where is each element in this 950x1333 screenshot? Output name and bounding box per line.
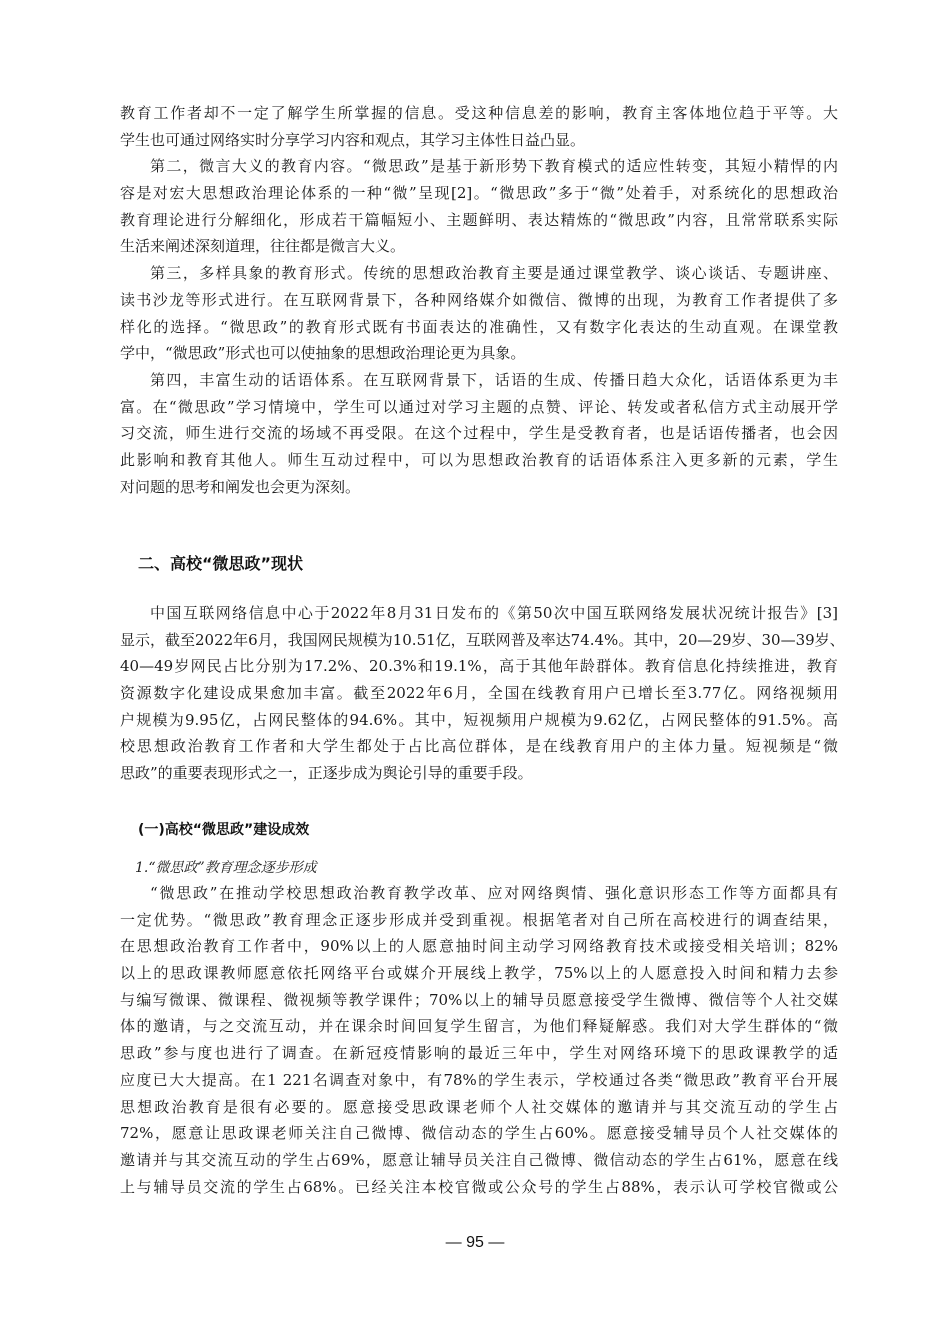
text-line: 富。在“微思政”学习情境中，学生可以通过对学习主题的点赞、评论、转发或者私信方式…: [120, 394, 838, 421]
text-line: 习交流，师生进行交流的场域不再受限。在这个过程中，学生是受教育者，也是话语传播者…: [120, 420, 838, 447]
text-line: 资源数字化建设成果愈加丰富。截至2022年6月，全国在线教育用户已增长至3.77…: [120, 680, 838, 707]
text-line: 学中，“微思政”形式也可以使抽象的思想政治理论更为具象。: [120, 340, 838, 367]
text-line: 思政”的重要表现形式之一，正逐步成为舆论引导的重要手段。: [120, 760, 838, 787]
text-line: 校思想政治教育工作者和大学生都处于占比高位群体，是在线教育用户的主体力量。短视频…: [120, 733, 838, 760]
text-line: 生活来阐述深刻道理，往往都是微言大义。: [120, 233, 838, 260]
body-text-block-1: 教育工作者却不一定了解学生所掌握的信息。受这种信息差的影响，教育主客体地位趋于平…: [120, 100, 838, 500]
text-line: 教育理论进行分解细化，形成若干篇幅短小、主题鲜明、表达精炼的“微思政”内容，且常…: [120, 207, 838, 234]
paragraph-start: 中国互联网络信息中心于2022年8月31日发布的《第50次中国互联网络发展状况统…: [120, 600, 838, 627]
text-line: 容是对宏大思想政治理论体系的一种“微”呈现[2]。“微思政”多于“微”处着手，对…: [120, 180, 838, 207]
text-line: 体的邀请，与之交流互动，并在课余时间回复学生留言，为他们释疑解惑。我们对大学生群…: [120, 1013, 838, 1040]
text-line: 与编写微课、微课程、微视频等教学课件；70%以上的辅导员愿意接受学生微博、微信等…: [120, 987, 838, 1014]
text-line: 对问题的思考和阐发也会更为深刻。: [120, 474, 838, 501]
body-text-block-3: “微思政”在推动学校思想政治教育教学改革、应对网络舆情、强化意识形态工作等方面都…: [120, 880, 838, 1200]
page-number: — 95 —: [0, 1234, 950, 1252]
body-text-block-2: 中国互联网络信息中心于2022年8月31日发布的《第50次中国互联网络发展状况统…: [120, 600, 838, 787]
paragraph-start: 第三，多样具象的教育形式。传统的思想政治教育主要是通过课堂教学、谈心谈话、专题讲…: [120, 260, 838, 287]
text-line: 显示，截至2022年6月，我国网民规模为10.51亿，互联网普及率达74.4%。…: [120, 627, 838, 654]
text-line: 72%，愿意让思政课老师关注自己微博、微信动态的学生占60%。愿意接受辅导员个人…: [120, 1120, 838, 1147]
numbered-heading: 1.“微思政”教育理念逐步形成: [135, 856, 317, 880]
subsection-heading: (一)高校“微思政”建设成效: [138, 818, 309, 842]
text-line: 应度已大大提高。在1 221名调查对象中，有78%的学生表示，学校通过各类“微思…: [120, 1067, 838, 1094]
text-line: 思政”参与度也进行了调查。在新冠疫情影响的最近三年中，学生对网络环境下的思政课教…: [120, 1040, 838, 1067]
text-line: 40—49岁网民占比分别为17.2%、20.3%和19.1%，高于其他年龄群体。…: [120, 653, 838, 680]
text-line: 上与辅导员交流的学生占68%。已经关注本校官微或公众号的学生占88%，表示认可学…: [120, 1174, 838, 1201]
text-line: 样化的选择。“微思政”的教育形式既有书面表达的准确性，又有数字化表达的生动直观。…: [120, 314, 838, 341]
text-line: 以上的思政课教师愿意依托网络平台或媒介开展线上教学，75%以上的人愿意投入时间和…: [120, 960, 838, 987]
text-line: 户规模为9.95亿，占网民整体的94.6%。其中，短视频用户规模为9.62亿，占…: [120, 707, 838, 734]
text-line: 教育工作者却不一定了解学生所掌握的信息。受这种信息差的影响，教育主客体地位趋于平…: [120, 100, 838, 127]
section-heading: 二、高校“微思政”现状: [138, 551, 303, 577]
text-line: 此影响和教育其他人。师生互动过程中，可以为思想政治教育的话语体系注入更多新的元素…: [120, 447, 838, 474]
text-line: 学生也可通过网络实时分享学习内容和观点，其学习主体性日益凸显。: [120, 127, 838, 154]
text-line: 邀请并与其交流互动的学生占69%，愿意让辅导员关注自己微博、微信动态的学生占61…: [120, 1147, 838, 1174]
text-line: 思想政治教育是很有必要的。愿意接受思政课老师个人社交媒体的邀请并与其交流互动的学…: [120, 1094, 838, 1121]
text-line: 一定优势。“微思政”教育理念正逐步形成并受到重视。根据笔者对自己所在高校进行的调…: [120, 907, 838, 934]
text-line: 在思想政治教育工作者中，90%以上的人愿意抽时间主动学习网络教育技术或接受相关培…: [120, 933, 838, 960]
text-line: 读书沙龙等形式进行。在互联网背景下，各种网络媒介如微信、微博的出现，为教育工作者…: [120, 287, 838, 314]
paragraph-start: 第二，微言大义的教育内容。“微思政”是基于新形势下教育模式的适应性转变，其短小精…: [120, 153, 838, 180]
paragraph-start: 第四，丰富生动的话语体系。在互联网背景下，话语的生成、传播日趋大众化，话语体系更…: [120, 367, 838, 394]
paragraph-start: “微思政”在推动学校思想政治教育教学改革、应对网络舆情、强化意识形态工作等方面都…: [120, 880, 838, 907]
